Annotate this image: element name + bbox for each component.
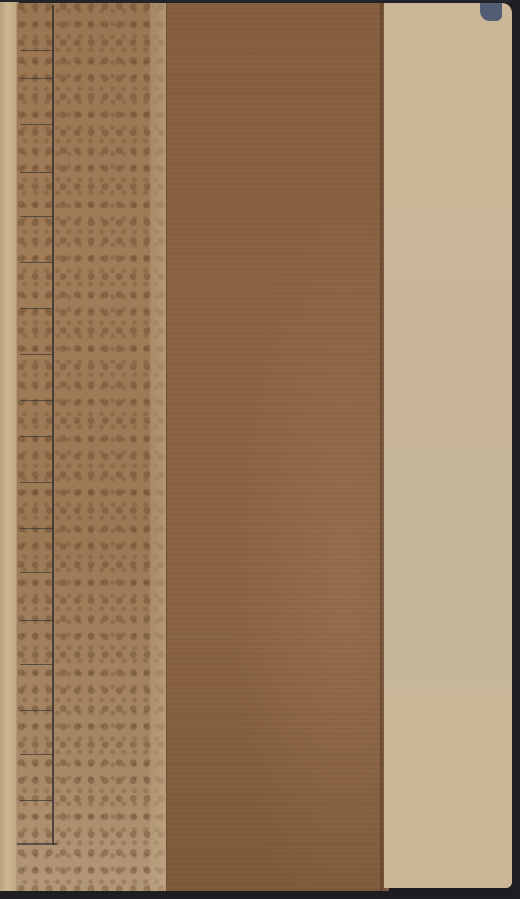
pencil-tick-rule: [20, 754, 54, 755]
spine-paper-strip: [17, 3, 167, 891]
pencil-tick-rule: [20, 620, 54, 621]
right-background-edge: [512, 0, 520, 899]
torn-corner: [480, 3, 502, 21]
pencil-tick-rule: [20, 710, 54, 711]
pencil-tick-rule: [20, 664, 54, 665]
pencil-tick-rule: [20, 528, 54, 529]
pencil-tick-rule: [20, 78, 54, 79]
pencil-tick-rule: [20, 800, 54, 801]
pencil-tick-rule: [20, 354, 54, 355]
pencil-tick-rule: [20, 308, 54, 309]
pencil-bottom-rule: [17, 843, 57, 845]
pencil-tick-rule: [20, 400, 54, 401]
pencil-tick-rule: [20, 216, 54, 217]
beige-endpaper: [384, 3, 512, 888]
pencil-vertical-rule: [52, 5, 54, 845]
pencil-tick-rule: [20, 436, 54, 437]
pencil-tick-rule: [20, 262, 54, 263]
dark-brown-cover-panel: [166, 3, 389, 891]
pencil-tick-rule: [20, 572, 54, 573]
pencil-tick-rule: [20, 124, 54, 125]
spine-strip-worn-edge: [150, 3, 167, 891]
book-binding-photo: Photograph of an aged book binding: a mo…: [0, 0, 520, 899]
bottom-background-edge: [0, 891, 520, 899]
pencil-tick-rule: [20, 482, 54, 483]
pencil-tick-rule: [20, 172, 54, 173]
pencil-tick-rule: [20, 50, 54, 51]
